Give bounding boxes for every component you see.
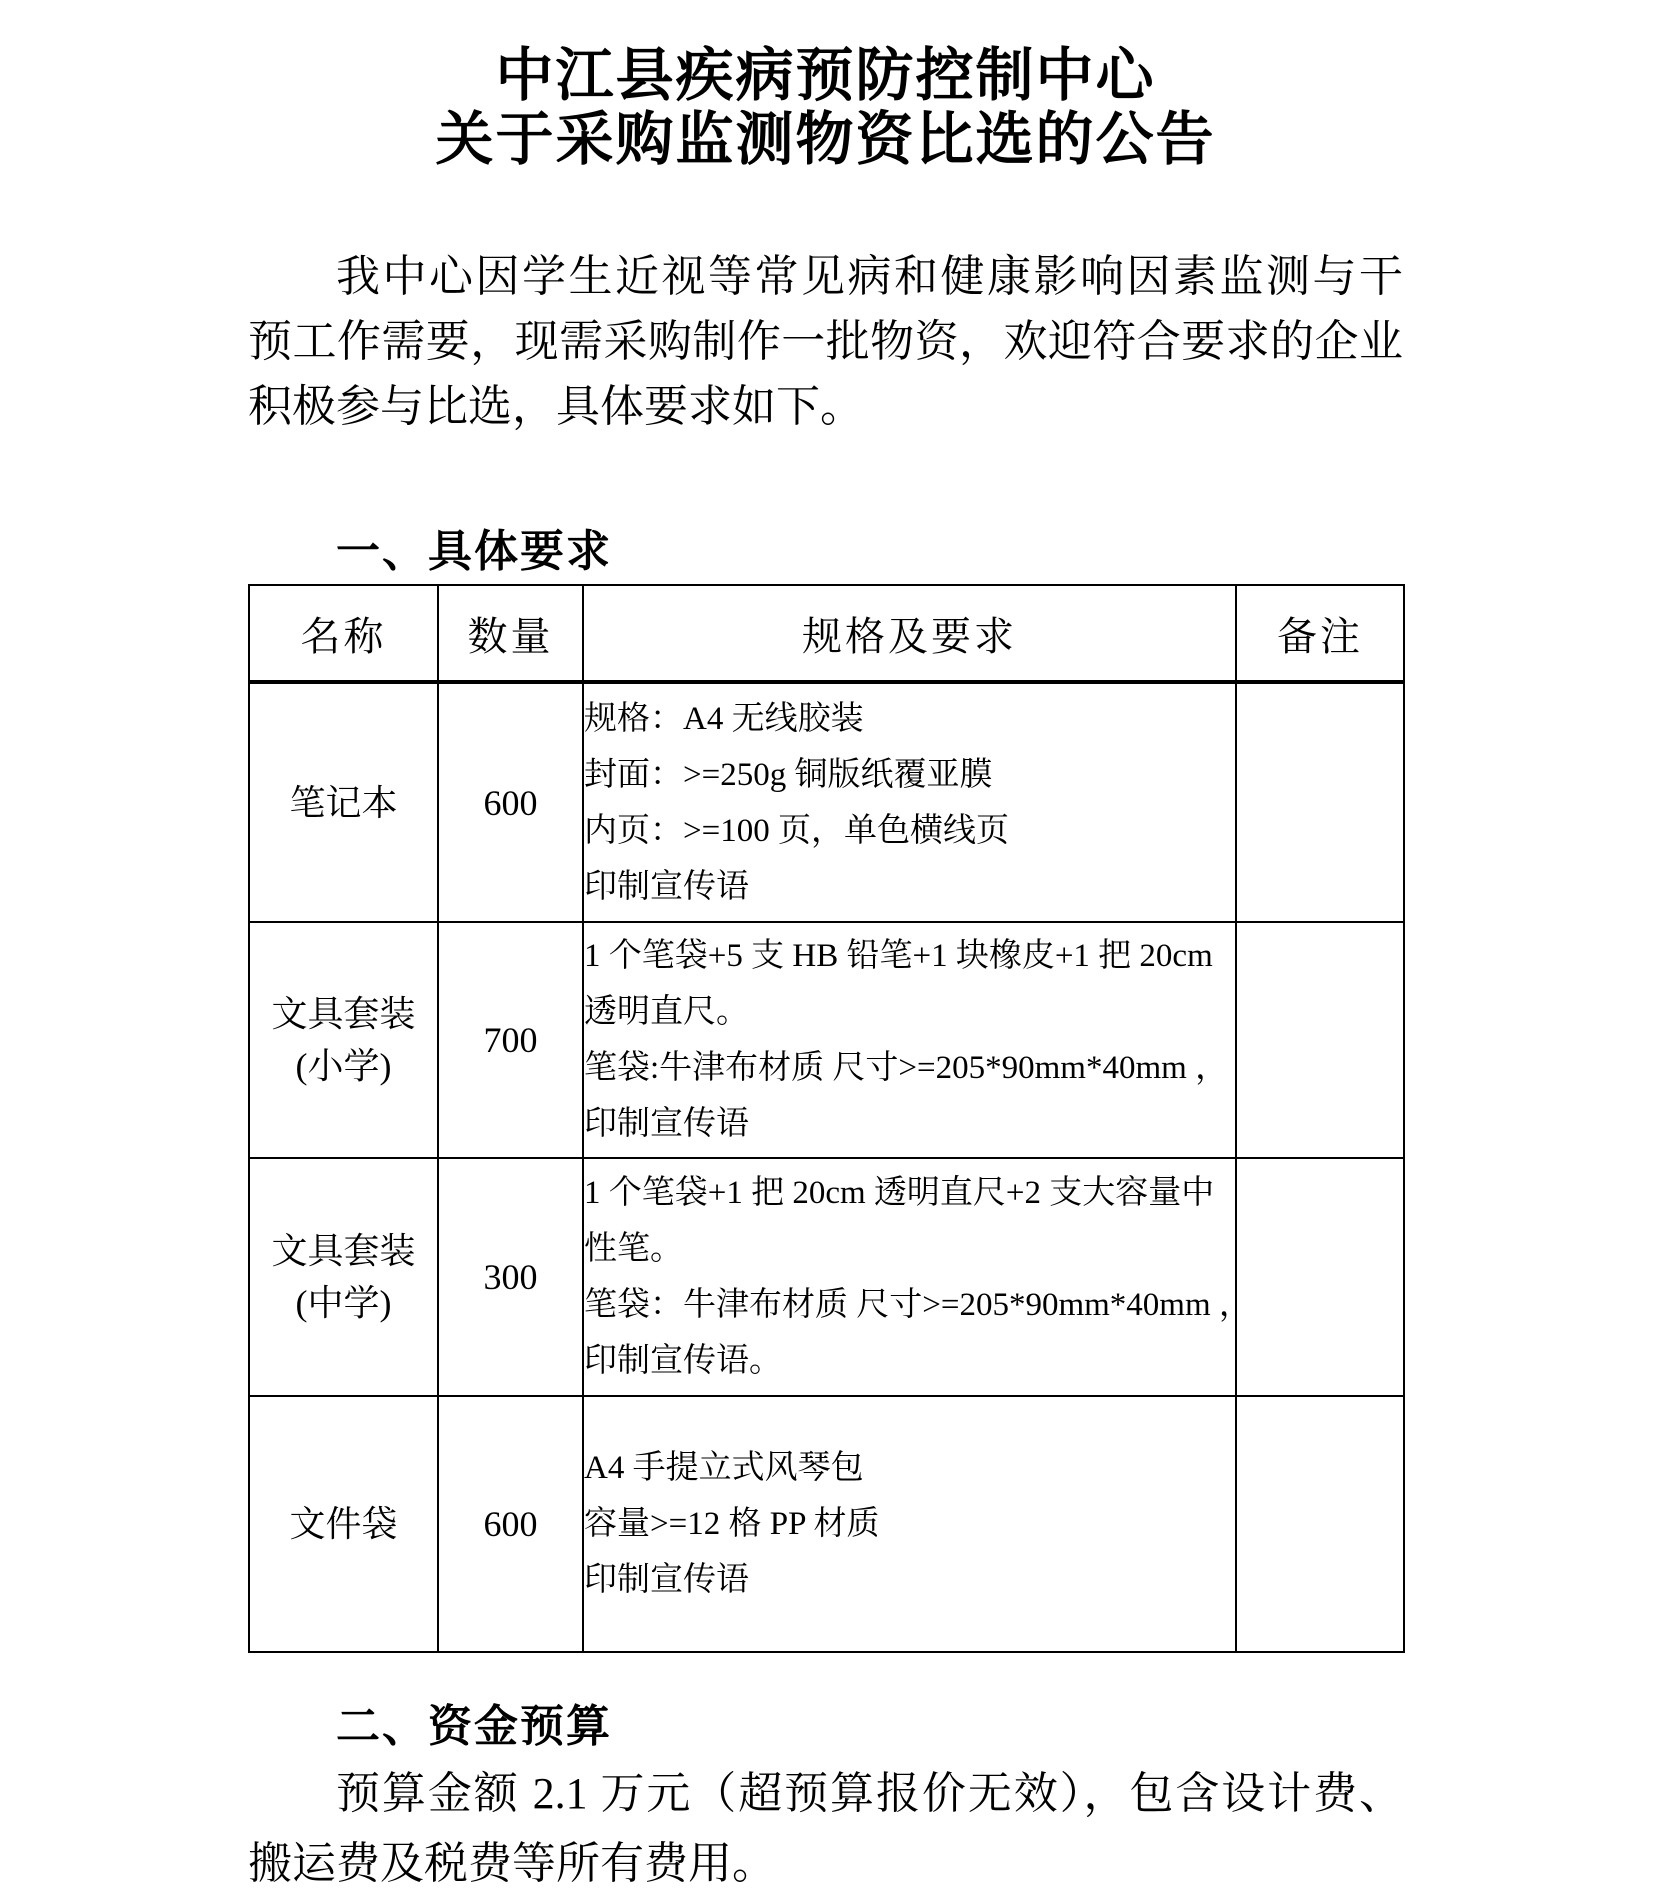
spec-line: 印制宣传语 [584,1552,1235,1608]
note-cell [1236,922,1404,1158]
table-row-notebook: 笔记本 600 规格：A4 无线胶装 封面：>=250g 铜版纸覆亚膜 内页：>… [249,682,1404,922]
spec-line: 笔袋：牛津布材质 尺寸>=205*90mm*40mm ， [584,1277,1235,1333]
table-row-stationery-primary: 文具套装 (小学) 700 1 个笔袋+5 支 HB 铅笔+1 块橡皮+1 把 … [249,922,1404,1158]
spec-line: 内页：>=100 页，单色横线页 [584,803,1235,859]
spec-cell: A4 手提立式风琴包 容量>=12 格 PP 材质 印制宣传语 [583,1396,1236,1652]
title-line-2: 关于采购监测物资比选的公告 [248,108,1403,172]
spec-line: 印制宣传语 [584,859,1235,915]
budget-line: 预算金额 2.1 万元（超预算报价无效），包含设计费、 [248,1759,1403,1829]
item-name-line: 文件袋 [250,1498,437,1550]
note-cell [1236,1158,1404,1396]
item-name-cell: 文具套装 (中学) [249,1158,438,1396]
note-cell [1236,1396,1404,1652]
intro-line: 预工作需要，现需采购制作一批物资，欢迎符合要求的企业 [248,309,1403,374]
page-content: 中江县疾病预防控制中心 关于采购监测物资比选的公告 我中心因学生近视等常见病和健… [248,0,1403,1899]
item-name-line: (小学) [250,1040,437,1092]
intro-paragraph: 我中心因学生近视等常见病和健康影响因素监测与干 预工作需要，现需采购制作一批物资… [248,244,1403,439]
note-cell [1236,682,1404,922]
spec-line: 印制宣传语。 [584,1333,1235,1389]
quantity-cell: 700 [438,922,583,1158]
intro-line: 我中心因学生近视等常见病和健康影响因素监测与干 [248,244,1403,309]
item-name-line: (中学) [250,1277,437,1329]
document-title: 中江县疾病预防控制中心 关于采购监测物资比选的公告 [248,44,1403,172]
item-name-line: 文具套装 [250,1225,437,1277]
spec-line: 规格：A4 无线胶装 [584,691,1235,747]
spec-line: 透明直尺。 [584,984,1235,1040]
section2-heading: 二、资金预算 [248,1701,1403,1753]
spec-cell: 规格：A4 无线胶装 封面：>=250g 铜版纸覆亚膜 内页：>=100 页，单… [583,682,1236,922]
spec-cell: 1 个笔袋+1 把 20cm 透明直尺+2 支大容量中 性笔。 笔袋：牛津布材质… [583,1158,1236,1396]
intro-line: 积极参与比选，具体要求如下。 [248,374,1403,439]
item-name-cell: 文具套装 (小学) [249,922,438,1158]
spec-line: 印制宣传语 [584,1096,1235,1152]
spec-line: 1 个笔袋+5 支 HB 铅笔+1 块橡皮+1 把 20cm [584,928,1235,984]
spec-line: 1 个笔袋+1 把 20cm 透明直尺+2 支大容量中 [584,1165,1235,1221]
quantity-cell: 600 [438,682,583,922]
table-header-note: 备注 [1236,585,1404,682]
item-name-line: 文具套装 [250,988,437,1040]
spec-line: 性笔。 [584,1221,1235,1277]
quantity-cell: 600 [438,1396,583,1652]
title-line-1: 中江县疾病预防控制中心 [248,44,1403,108]
spec-line: 笔袋:牛津布材质 尺寸>=205*90mm*40mm ， [584,1040,1235,1096]
table-header-quantity: 数量 [438,585,583,682]
table-header-name: 名称 [249,585,438,682]
table-row-file-bag: 文件袋 600 A4 手提立式风琴包 容量>=12 格 PP 材质 印制宣传语 [249,1396,1404,1652]
spec-cell: 1 个笔袋+5 支 HB 铅笔+1 块橡皮+1 把 20cm 透明直尺。 笔袋:… [583,922,1236,1158]
spec-line: 容量>=12 格 PP 材质 [584,1496,1235,1552]
section1-heading: 一、具体要求 [248,526,1403,578]
item-name-cell: 笔记本 [249,682,438,922]
requirements-table: 名称 数量 规格及要求 备注 笔记本 600 规格：A4 无线胶装 封面：>=2… [248,584,1405,1653]
spec-line: 封面：>=250g 铜版纸覆亚膜 [584,747,1235,803]
table-row-stationery-middle: 文具套装 (中学) 300 1 个笔袋+1 把 20cm 透明直尺+2 支大容量… [249,1158,1404,1396]
announcement-page: 中江县疾病预防控制中心 关于采购监测物资比选的公告 我中心因学生近视等常见病和健… [0,0,1654,1903]
table-header-row: 名称 数量 规格及要求 备注 [249,585,1404,682]
item-name-cell: 文件袋 [249,1396,438,1652]
quantity-cell: 300 [438,1158,583,1396]
budget-line: 搬运费及税费等所有费用。 [248,1829,1403,1899]
spec-line: A4 手提立式风琴包 [584,1440,1235,1496]
table-header-spec: 规格及要求 [583,585,1236,682]
item-name-line: 笔记本 [250,777,437,829]
budget-paragraph: 预算金额 2.1 万元（超预算报价无效），包含设计费、 搬运费及税费等所有费用。 [248,1759,1403,1899]
